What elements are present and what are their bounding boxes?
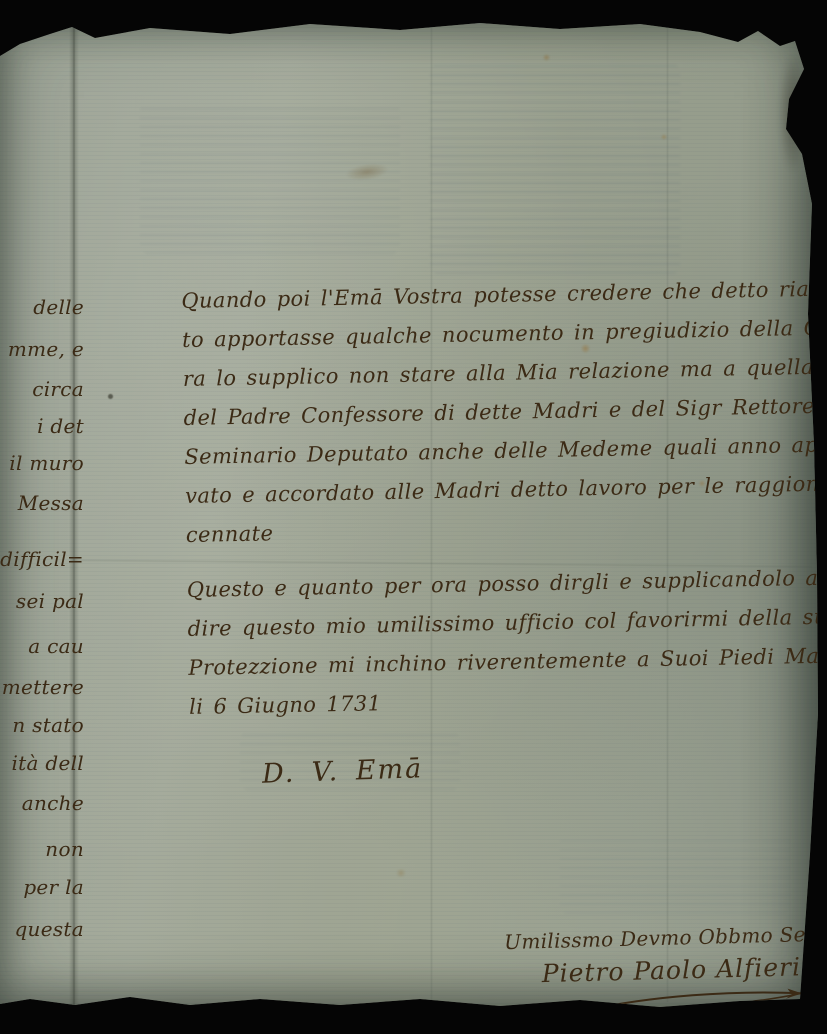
margin-fragment: i det [0,415,84,437]
margin-fragment: per la [0,876,84,898]
stain-spot-4 [660,134,668,140]
margin-fragment: sei pal [0,590,84,612]
margin-fragment: questa [0,918,84,940]
paragraph-2: Questo e quanto per ora posso dirgli e s… [187,559,827,727]
show-through-text-1 [430,64,680,274]
paragraph-1: Quando poi l'Emā Vostra potesse credere … [181,270,827,555]
margin-fragment: Messa [0,492,84,514]
signature-block: Umilissmo Devmo Obbmo Servitor Pietro Pa… [504,920,816,1018]
margin-fragment: delle [0,296,84,318]
signature-flourish-icon [582,984,813,1016]
stain-spot-2 [542,54,551,61]
tear-shadow [778,54,808,174]
show-through-text-4 [560,834,790,914]
margin-fragment: il muro [0,452,84,474]
margin-fragment: a cau [0,635,84,657]
stain-fleck [108,394,113,399]
margin-fragment: circa [0,378,84,400]
letter-body: Quando poi l'Emā Vostra potesse credere … [181,270,827,727]
margin-fragment: ità dell [0,752,84,774]
margin-fragment: mme, e [0,338,84,360]
margin-fragment: difficil= [0,548,84,570]
margin-fragment: non [0,838,84,860]
margin-column: delle mme, e circa i det il muro Messa d… [0,14,86,1012]
letter-page: delle mme, e circa i det il muro Messa d… [0,14,818,1012]
closing-formula: D. V. Emā [262,753,424,790]
stain-spot-5 [395,869,407,877]
margin-fragment: anche [0,792,84,814]
margin-fragment: mettere [0,676,84,698]
scan-background: { "colors": { "scan_background": "#05050… [0,0,827,1034]
signature-role-line: Umilissmo Devmo Obbmo Servitor [504,920,815,956]
margin-fragment: n stato [0,714,84,736]
